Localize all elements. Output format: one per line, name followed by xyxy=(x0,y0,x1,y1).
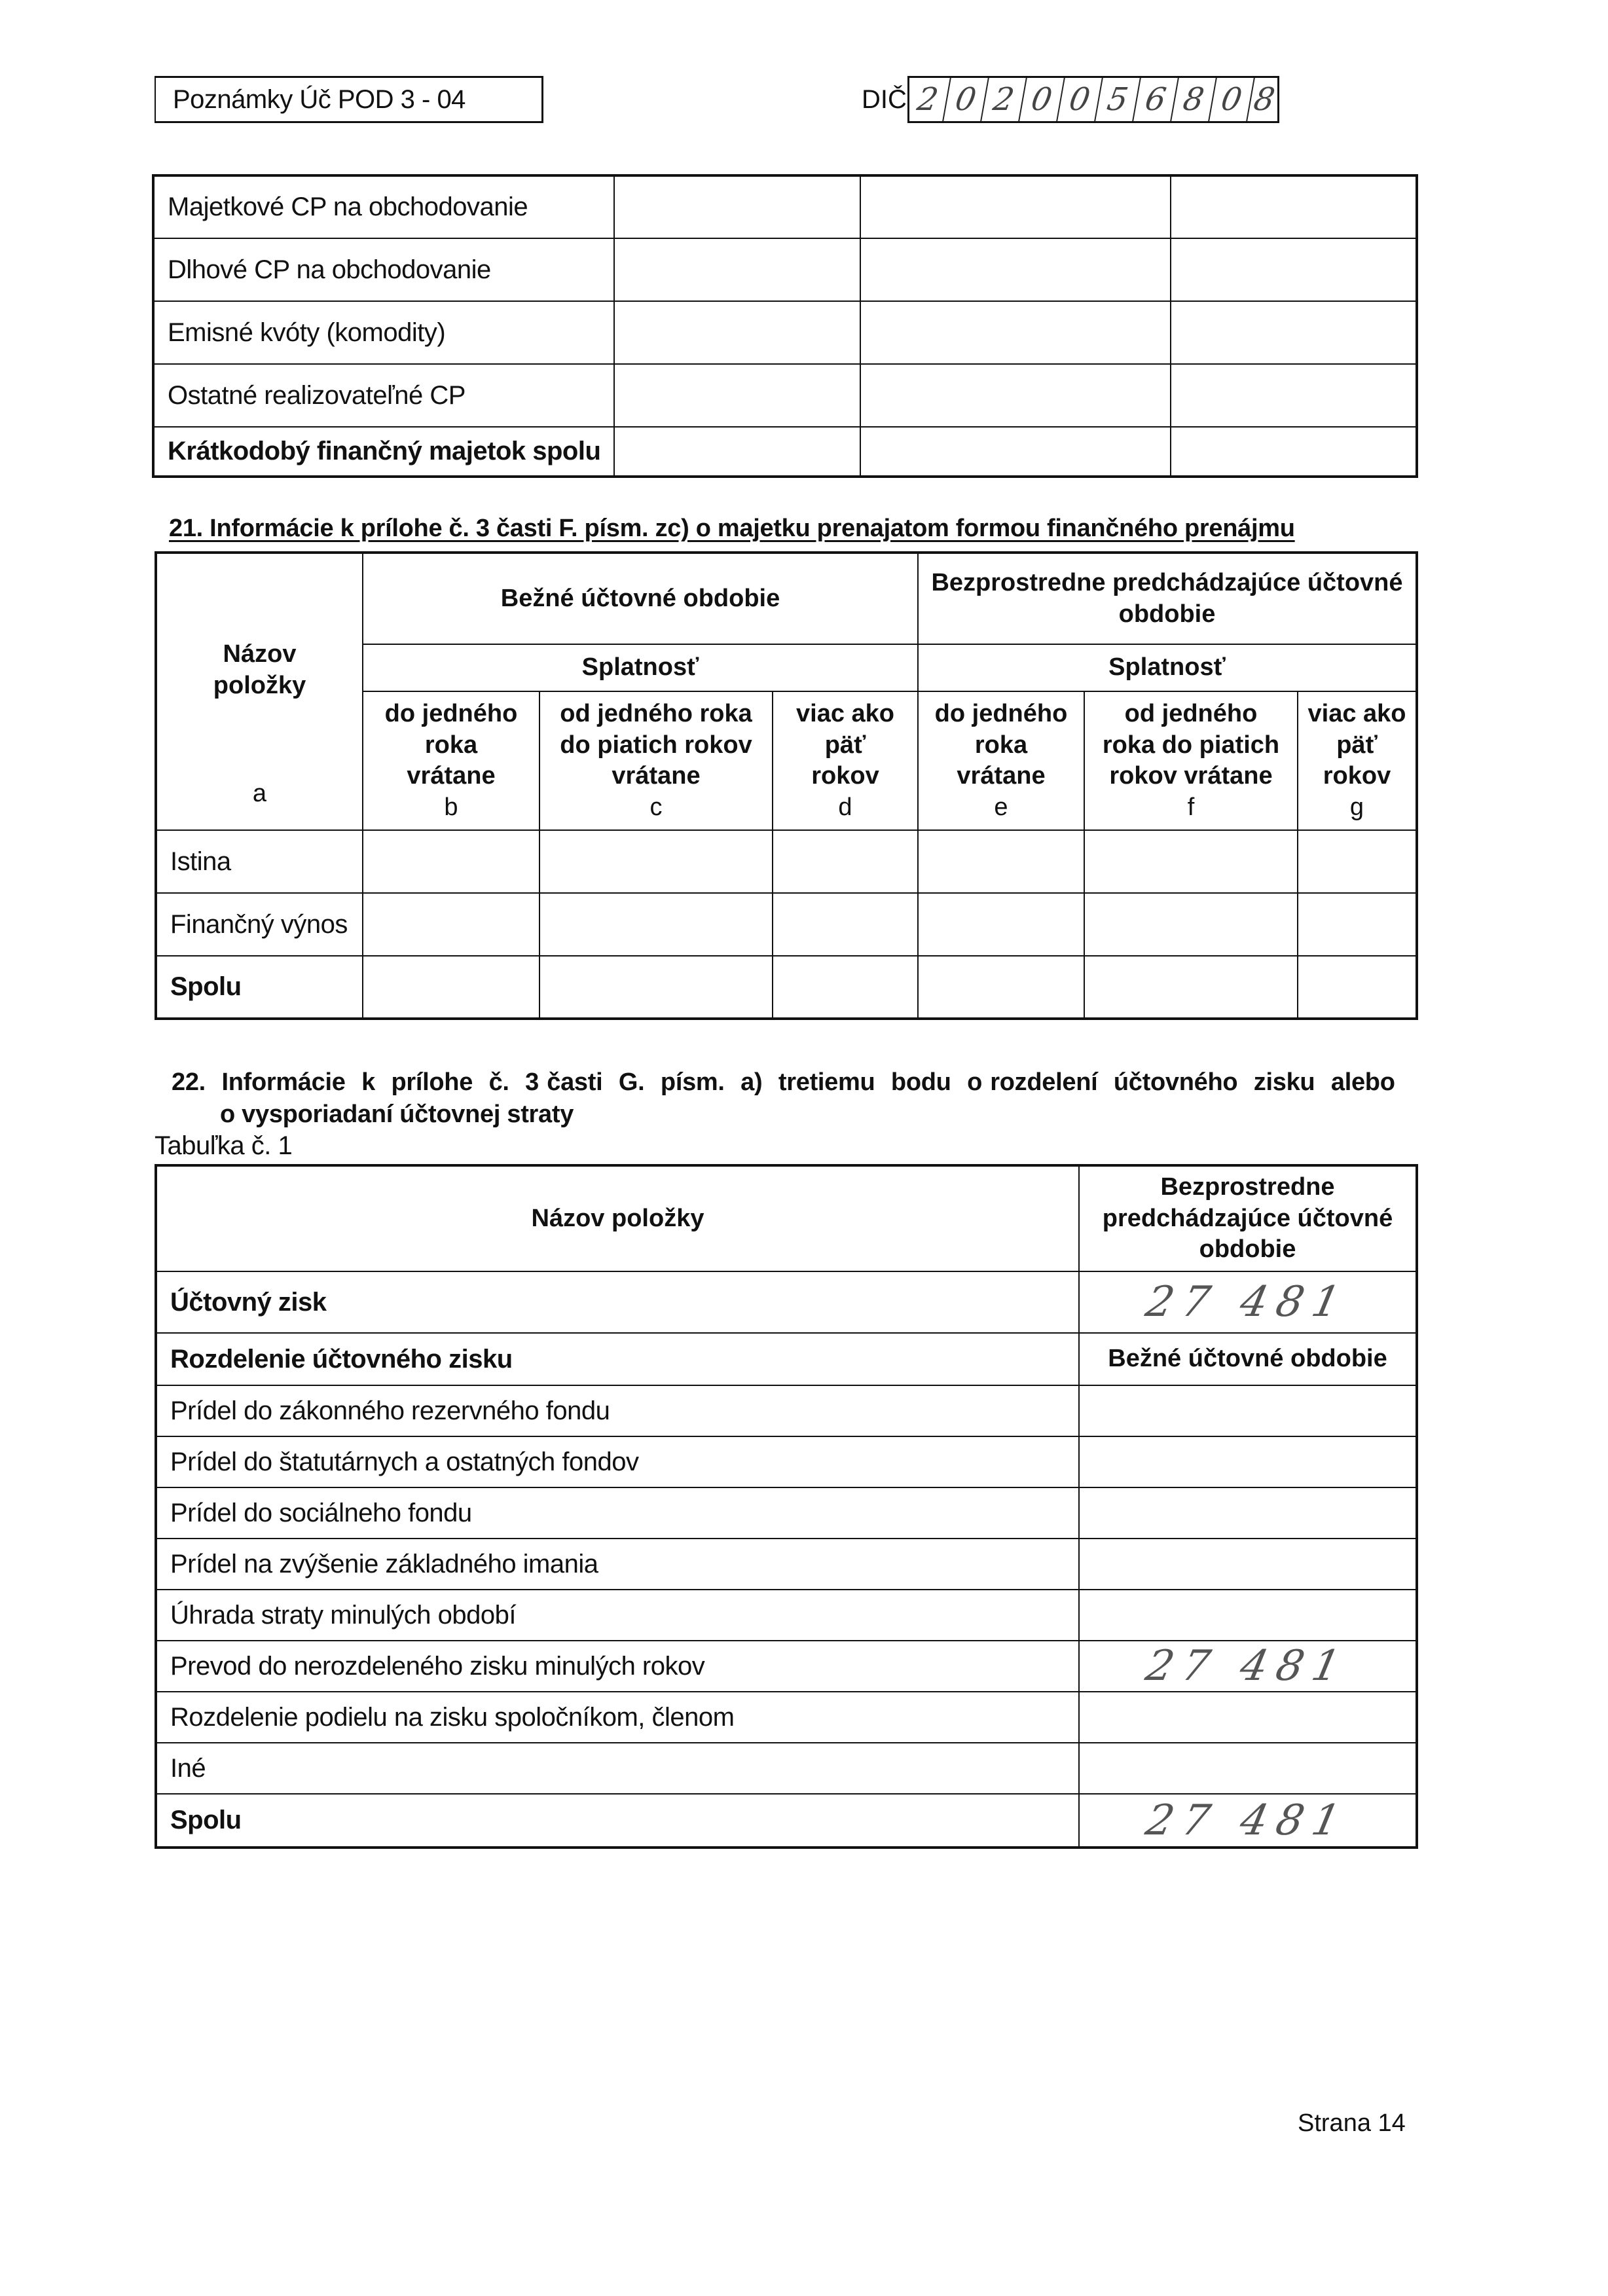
column-letter: e xyxy=(919,792,1084,824)
table-row: Prídel do zákonného rezervného fondu xyxy=(156,1385,1417,1436)
row-label: Prevod do nerozdeleného zisku minulých r… xyxy=(156,1641,1079,1692)
value-cell[interactable] xyxy=(1298,893,1417,956)
table-row: Emisné kvóty (komodity) xyxy=(153,301,1417,364)
column-header-label: do jedného roka vrátane xyxy=(919,699,1084,792)
row-label: Prídel do zákonného rezervného fondu xyxy=(156,1385,1079,1436)
dic-field: 2 0 2 0 0 5 6 8 0 8 xyxy=(907,76,1279,123)
value-cell[interactable] xyxy=(1074,1743,1423,1794)
short-term-financial-assets-table: Majetkové CP na obchodovanie Dlhové CP n… xyxy=(152,174,1418,478)
value-cell[interactable] xyxy=(1084,893,1298,956)
column-header: do jedného roka vrátanee xyxy=(918,691,1084,830)
value-cell[interactable] xyxy=(363,893,539,956)
value-cell[interactable] xyxy=(614,364,860,427)
value-cell[interactable] xyxy=(773,893,918,956)
table-row: Úhrada straty minulých období xyxy=(156,1590,1417,1641)
table-row: Prídel na zvýšenie základného imania xyxy=(156,1539,1417,1590)
section-22-title-line1: 22. Informácie k prílohe č. 3 časti G. p… xyxy=(172,1068,1416,1097)
row-label: Spolu xyxy=(156,956,363,1019)
value-cell[interactable] xyxy=(773,830,918,893)
value-cell[interactable] xyxy=(1298,830,1417,893)
value-cell[interactable] xyxy=(539,830,773,893)
total-row: Krátkodobý finančný majetok spolu xyxy=(153,427,1417,477)
header-row: Názov položky Bezprostredne predchádzajú… xyxy=(156,1165,1417,1271)
finance-lease-table: Názov položky a Bežné účtovné obdobie Be… xyxy=(155,551,1418,1020)
value-cell[interactable] xyxy=(1171,238,1417,301)
row-label: Emisné kvóty (komodity) xyxy=(153,301,614,364)
value-cell[interactable] xyxy=(1171,301,1417,364)
page-number: Strana 14 xyxy=(1298,2109,1406,2138)
value-cell[interactable] xyxy=(1298,956,1417,1019)
item-name-header-label: Názov položky xyxy=(198,639,322,701)
handwritten-value[interactable]: 27 481 xyxy=(1074,1641,1423,1692)
table-row: Prídel do štatutárnych a ostatných fondo… xyxy=(156,1436,1417,1487)
value-cell[interactable] xyxy=(1084,956,1298,1019)
table-row: Prídel do sociálneho fondu xyxy=(156,1487,1417,1539)
table-row: Ostatné realizovateľné CP xyxy=(153,364,1417,427)
section-21-title: 21. Informácie k prílohe č. 3 časti F. p… xyxy=(169,515,1295,543)
column-letter: b xyxy=(363,792,539,824)
maturity-header: Splatnosť xyxy=(918,644,1417,691)
table-row: Dlhové CP na obchodovanie xyxy=(153,238,1417,301)
column-letter: a xyxy=(157,778,362,810)
column-letter: f xyxy=(1085,792,1297,824)
row-label: Účtovný zisk xyxy=(156,1271,1079,1333)
value-cell[interactable] xyxy=(1074,1487,1423,1539)
column-letter: d xyxy=(773,792,917,824)
distribution-header-row: Rozdelenie účtovného zisku Bežné účtovné… xyxy=(156,1333,1417,1385)
row-label: Dlhové CP na obchodovanie xyxy=(153,238,614,301)
column-letter: g xyxy=(1298,792,1416,824)
item-name-header: Názov položky xyxy=(156,1165,1079,1271)
value-cell[interactable] xyxy=(1171,427,1417,477)
column-header: do jedného roka vrátaneb xyxy=(363,691,539,830)
row-label: Krátkodobý finančný majetok spolu xyxy=(153,427,614,477)
total-row: Spolu 27 481 xyxy=(156,1794,1417,1848)
value-cell[interactable] xyxy=(1084,830,1298,893)
column-header: viac ako päť rokovg xyxy=(1298,691,1417,830)
value-cell[interactable] xyxy=(614,175,860,238)
maturity-header: Splatnosť xyxy=(363,644,918,691)
value-cell[interactable] xyxy=(1074,1590,1423,1641)
handwritten-value[interactable]: 27 481 xyxy=(1073,1794,1422,1848)
table-row: Rozdelenie podielu na zisku spoločníkom,… xyxy=(156,1692,1417,1743)
row-label: Úhrada straty minulých období xyxy=(156,1590,1079,1641)
column-header-label: viac ako päť rokov xyxy=(1298,699,1416,792)
row-label: Iné xyxy=(156,1743,1079,1794)
current-period-header: Bežné účtovné obdobie xyxy=(363,553,918,644)
value-cell[interactable] xyxy=(363,956,539,1019)
row-label: Prídel do sociálneho fondu xyxy=(156,1487,1079,1539)
table-row: Prevod do nerozdeleného zisku minulých r… xyxy=(156,1641,1417,1692)
table-row: Majetkové CP na obchodovanie xyxy=(153,175,1417,238)
section-22-title: 22. Informácie k prílohe č. 3 časti G. p… xyxy=(172,1068,1416,1129)
previous-period-header: Bezprostredne predchádzajúce účtovné obd… xyxy=(1079,1165,1417,1271)
dic-label: DIČ xyxy=(862,85,907,115)
row-label: Rozdelenie podielu na zisku spoločníkom,… xyxy=(156,1692,1079,1743)
value-cell[interactable] xyxy=(860,175,1171,238)
handwritten-value[interactable]: 27 481 xyxy=(1072,1271,1423,1333)
previous-period-header: Bezprostredne predchádzajúce účtovné obd… xyxy=(918,553,1417,644)
table-caption: Tabuľka č. 1 xyxy=(155,1131,292,1161)
value-cell[interactable] xyxy=(1171,175,1417,238)
value-cell[interactable] xyxy=(363,830,539,893)
value-cell[interactable] xyxy=(773,956,918,1019)
profit-row: Účtovný zisk 27 481 xyxy=(156,1271,1417,1333)
row-label: Prídel do štatutárnych a ostatných fondo… xyxy=(156,1436,1079,1487)
value-cell[interactable] xyxy=(1074,1385,1423,1436)
value-cell[interactable] xyxy=(1074,1436,1423,1487)
value-cell[interactable] xyxy=(860,364,1171,427)
column-header-label: od jedného roka do piatich rokov vrátane xyxy=(540,699,772,792)
value-cell[interactable] xyxy=(918,893,1084,956)
table-row: Istina xyxy=(156,830,1417,893)
form-identifier: Poznámky Úč POD 3 - 04 xyxy=(155,76,543,123)
row-label: Ostatné realizovateľné CP xyxy=(153,364,614,427)
column-header-label: od jedného roka do piatich rokov vrátane xyxy=(1085,699,1297,792)
profit-distribution-table: Názov položky Bezprostredne predchádzajú… xyxy=(155,1164,1418,1849)
row-label: Majetkové CP na obchodovanie xyxy=(153,175,614,238)
value-cell[interactable] xyxy=(860,301,1171,364)
column-letter: c xyxy=(540,792,772,824)
value-cell[interactable] xyxy=(1171,364,1417,427)
column-header-label: viac ako päť rokov xyxy=(773,699,917,792)
value-cell[interactable] xyxy=(1074,1539,1423,1590)
value-cell[interactable] xyxy=(918,956,1084,1019)
row-label: Finančný výnos xyxy=(156,893,363,956)
value-cell[interactable] xyxy=(918,830,1084,893)
column-header: od jedného roka do piatich rokov vrátane… xyxy=(1084,691,1298,830)
table-row: Finančný výnos xyxy=(156,893,1417,956)
value-cell[interactable] xyxy=(614,427,860,477)
row-label: Prídel na zvýšenie základného imania xyxy=(156,1539,1079,1590)
section-22-title-line2: o vysporiadaní účtovnej straty xyxy=(172,1101,1416,1129)
column-header: od jedného roka do piatich rokov vrátane… xyxy=(539,691,773,830)
value-cell[interactable] xyxy=(614,301,860,364)
value-cell[interactable] xyxy=(1074,1692,1423,1743)
column-header: viac ako päť rokovd xyxy=(773,691,918,830)
value-cell[interactable] xyxy=(614,238,860,301)
value-cell[interactable] xyxy=(539,893,773,956)
row-label: Spolu xyxy=(156,1794,1079,1848)
current-period-header: Bežné účtovné obdobie xyxy=(1079,1333,1417,1385)
row-label: Istina xyxy=(156,830,363,893)
column-header-label: do jedného roka vrátane xyxy=(363,699,539,792)
value-cell[interactable] xyxy=(860,238,1171,301)
table-row: Iné xyxy=(156,1743,1417,1794)
row-label: Rozdelenie účtovného zisku xyxy=(156,1333,1079,1385)
header-row: Názov položky a Bežné účtovné obdobie Be… xyxy=(156,553,1417,644)
value-cell[interactable] xyxy=(539,956,773,1019)
item-name-header: Názov položky a xyxy=(156,553,363,830)
value-cell[interactable] xyxy=(860,427,1171,477)
total-row: Spolu xyxy=(156,956,1417,1019)
